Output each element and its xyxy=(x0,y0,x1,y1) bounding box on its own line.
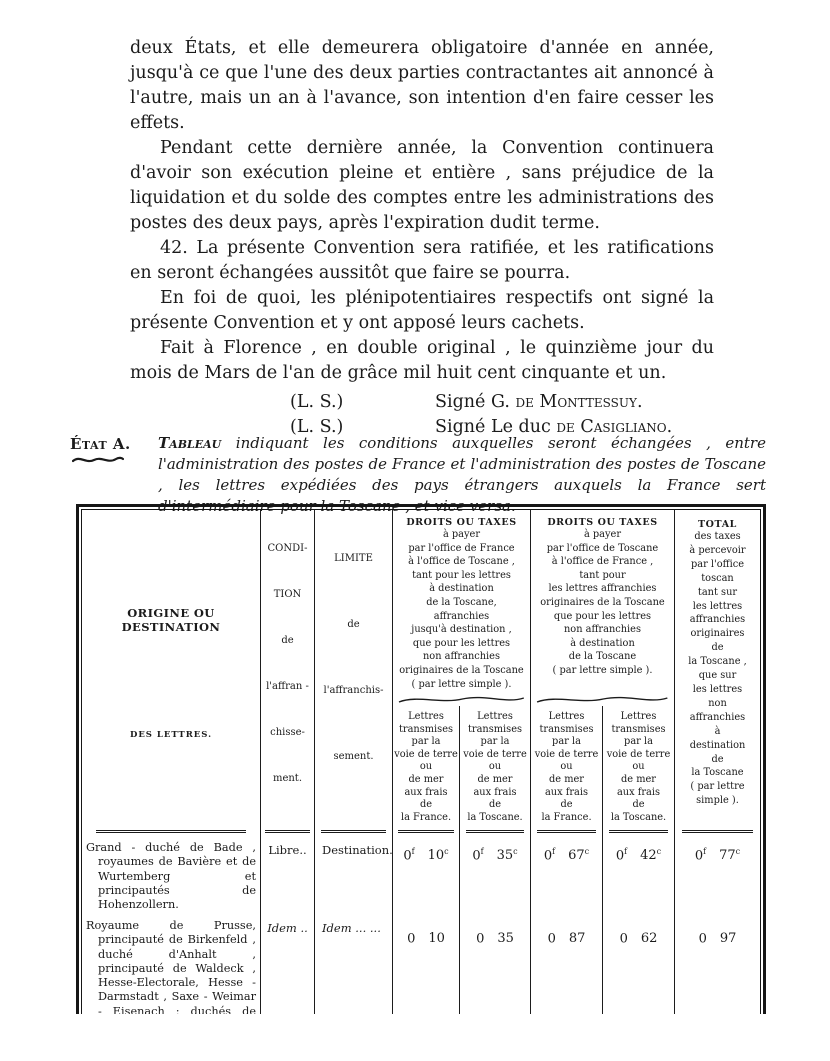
header-total: TOTAL des taxes à percevoir par l'office… xyxy=(674,510,760,836)
tariff-value: 035 xyxy=(459,914,530,1014)
subheader-text: Lettres transmises par la voie de terre … xyxy=(603,711,674,824)
signature-line: (L. S.) Signé G. de Monttessuy. xyxy=(290,390,714,415)
tariff-value: 010 xyxy=(392,914,459,1014)
centimes: 35 xyxy=(497,931,514,946)
tariff-value: 0f67c xyxy=(530,836,602,914)
header-total-title: TOTAL xyxy=(675,519,760,530)
paragraph-en-foi: En foi de quoi, les plénipotentiaires re… xyxy=(130,286,714,336)
header-rule xyxy=(265,830,310,833)
convention-text: deux États, et elle demeurera obligatoir… xyxy=(130,36,714,440)
tariff-value: 0f10c xyxy=(392,836,459,914)
tariff-value: 0f35c xyxy=(459,836,530,914)
limite-cell: Destination. xyxy=(314,836,392,914)
header-total-body: des taxes à percevoir par l'office tosca… xyxy=(675,530,760,808)
francs: 0 xyxy=(695,848,703,863)
signatory-name: de Monttessuy. xyxy=(515,392,642,412)
signature-prefix: Signé G. xyxy=(435,392,510,412)
centimes-unit: c xyxy=(736,847,740,856)
centimes-unit: c xyxy=(585,847,589,856)
francs-unit: f xyxy=(552,847,555,856)
group-toscane-body: à payer par l'office de Toscane à l'offi… xyxy=(531,528,674,678)
francs: 0 xyxy=(548,931,556,946)
centimes: 62 xyxy=(641,931,658,946)
header-limite: LIMITE de l'affranchis- sement. xyxy=(314,510,392,836)
header-rule xyxy=(609,830,669,833)
paragraph-final-year: Pendant cette dernière année, la Convent… xyxy=(130,136,714,236)
header-rule xyxy=(466,830,525,833)
tariff-value: 062 xyxy=(602,914,674,1014)
tariff-table-inner: ORIGINE OU DESTINATION DES LETTRES. COND… xyxy=(81,509,761,1014)
francs: 0 xyxy=(620,931,628,946)
condition-cell: Idem .. xyxy=(260,914,314,1014)
centimes-unit: c xyxy=(444,847,448,856)
centimes-unit: c xyxy=(513,847,517,856)
etat-label: État A. xyxy=(70,435,154,453)
condition-cell: Libre.. xyxy=(260,836,314,914)
tariff-value-total: 0f77c xyxy=(674,836,760,914)
francs: 0 xyxy=(476,931,484,946)
centimes: 10 xyxy=(428,931,445,946)
francs-unit: f xyxy=(703,847,706,856)
subheader-france-terre-france: Lettres transmises par la voie de terre … xyxy=(392,706,459,836)
centimes: 97 xyxy=(720,931,737,946)
francs-unit: f xyxy=(481,847,484,856)
header-origin: ORIGINE OU DESTINATION DES LETTRES. xyxy=(82,510,260,836)
limite-cell: Idem ... ... xyxy=(314,914,392,1014)
francs: 0 xyxy=(699,931,707,946)
centimes: 10 xyxy=(428,848,445,863)
subheader-text: Lettres transmises par la voie de terre … xyxy=(393,711,459,824)
group-toscane-title: DROITS OU TAXES xyxy=(531,517,674,528)
header-rule xyxy=(682,830,753,833)
origin-cell: Royaume de Prusse, principauté de Birken… xyxy=(82,914,260,1014)
squiggle-underline-icon xyxy=(72,455,124,464)
tariff-grid: ORIGINE OU DESTINATION DES LETTRES. COND… xyxy=(82,510,760,1014)
centimes: 67 xyxy=(568,848,585,863)
header-rule xyxy=(96,830,246,833)
header-origin-title: ORIGINE OU DESTINATION xyxy=(82,606,260,634)
header-rule xyxy=(537,830,597,833)
header-rule xyxy=(321,830,386,833)
header-group-toscane: DROITS OU TAXES à payer par l'office de … xyxy=(530,510,674,706)
subheader-text: Lettres transmises par la voie de terre … xyxy=(531,711,602,824)
centimes: 87 xyxy=(569,931,586,946)
subheader-france-terre-toscane: Lettres transmises par la voie de terre … xyxy=(459,706,530,836)
francs: 0 xyxy=(407,931,415,946)
francs: 0 xyxy=(472,848,480,863)
subheader-toscane-terre-france: Lettres transmises par la voie de terre … xyxy=(530,706,602,836)
header-condition: CONDI- TION de l'affran - chisse- ment. xyxy=(260,510,314,836)
centimes-unit: c xyxy=(657,847,661,856)
header-group-france: DROITS OU TAXES à payer par l'office de … xyxy=(392,510,530,706)
centimes: 77 xyxy=(719,848,736,863)
francs: 0 xyxy=(544,848,552,863)
subheader-toscane-terre-toscane: Lettres transmises par la voie de terre … xyxy=(602,706,674,836)
tableau-text: indiquant les conditions auxquelles sero… xyxy=(158,434,766,515)
signature-text: Signé G. de Monttessuy. xyxy=(435,390,643,415)
origin-cell: Grand - duché de Bade , royaumes de Bavi… xyxy=(82,836,260,914)
header-rule xyxy=(398,830,453,833)
group-france-body: à payer par l'office de France à l'offic… xyxy=(393,528,530,691)
seal-mark: (L. S.) xyxy=(290,390,360,415)
tableau-lead: Tableau xyxy=(158,434,221,452)
tariff-value: 0f42c xyxy=(602,836,674,914)
brace-curve-icon xyxy=(535,695,669,704)
centimes: 35 xyxy=(497,848,514,863)
brace-curve-icon xyxy=(397,695,526,704)
tariff-value-total: 097 xyxy=(674,914,760,1014)
centimes: 42 xyxy=(640,848,657,863)
tariff-table: ORIGINE OU DESTINATION DES LETTRES. COND… xyxy=(76,504,766,1014)
paragraph-article-42: 42. La présente Convention sera ratifiée… xyxy=(130,236,714,286)
subheader-text: Lettres transmises par la voie de terre … xyxy=(460,711,530,824)
francs-unit: f xyxy=(624,847,627,856)
francs: 0 xyxy=(403,848,411,863)
group-france-title: DROITS OU TAXES xyxy=(393,517,530,528)
document-page: deux États, et elle demeurera obligatoir… xyxy=(0,0,830,1061)
francs-unit: f xyxy=(412,847,415,856)
paragraph-fait-a-florence: Fait à Florence , en double original , l… xyxy=(130,336,714,386)
header-origin-subtitle: DES LETTRES. xyxy=(130,730,212,740)
tariff-value: 087 xyxy=(530,914,602,1014)
francs: 0 xyxy=(616,848,624,863)
paragraph-duration: deux États, et elle demeurera obligatoir… xyxy=(130,36,714,136)
